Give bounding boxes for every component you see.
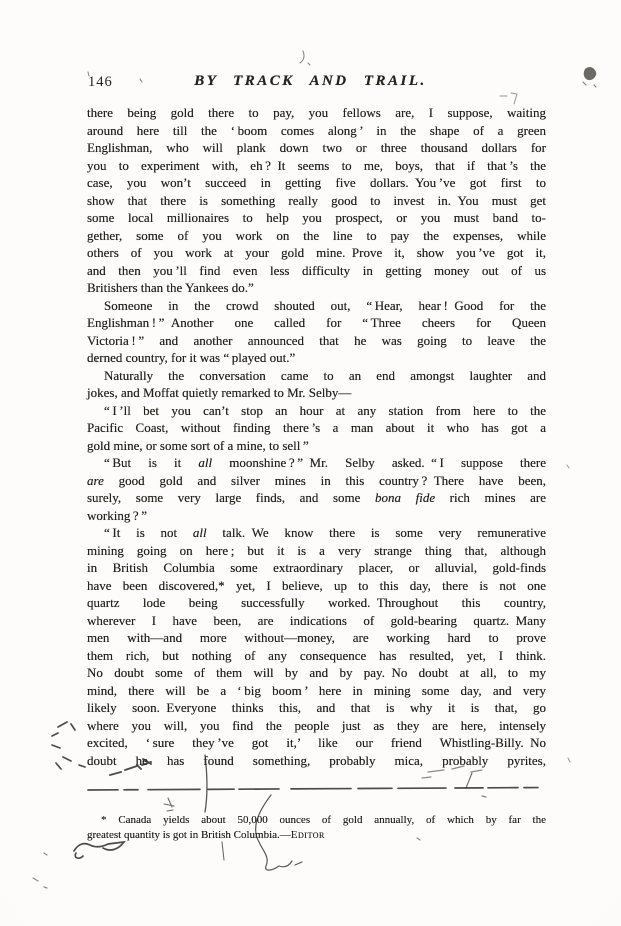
text-line: men with—and more without—money, are wor… bbox=[87, 629, 546, 647]
pencil-tick bbox=[466, 773, 472, 788]
text-line: Englishman, who will plank down two or t… bbox=[87, 139, 546, 157]
text-line: greatest quantity is got in British Colu… bbox=[87, 828, 546, 843]
text-line: jokes, and Moffat quietly remarked to Mr… bbox=[87, 384, 546, 402]
text-segment: mining going on here ; but it is a very … bbox=[87, 543, 546, 558]
text-line: * Canada yields about 50,000 ounces of g… bbox=[87, 813, 546, 828]
margin-scribbles bbox=[52, 722, 85, 769]
text-line: likely soon. Everyone thinks this, and t… bbox=[87, 699, 546, 717]
text-line: working ? ” bbox=[87, 507, 546, 525]
paragraph: “ It is not all talk. We know there is s… bbox=[87, 524, 546, 769]
paragraph: “ I ’ll bet you can’t stop an hour at an… bbox=[87, 402, 546, 455]
text-segment: doubt he has found something, probably m… bbox=[87, 753, 546, 768]
page-header: 146 BY TRACK AND TRAIL. bbox=[0, 73, 621, 95]
text-segment: moonshine ? ” Mr. Selby asked. “ I suppo… bbox=[212, 455, 546, 470]
text-segment: greatest quantity is got in British Colu… bbox=[87, 829, 291, 841]
text-line: gether, some of you work on the line to … bbox=[87, 227, 546, 245]
text-line: around here till the ‘ boom comes along … bbox=[87, 122, 546, 140]
text-segment: good gold and silver mines in this count… bbox=[104, 473, 546, 488]
text-segment: Englishman, who will plank down two or t… bbox=[87, 140, 546, 155]
italic-text: all bbox=[193, 525, 207, 540]
scuff-mark bbox=[164, 798, 174, 811]
text-segment: Britishers than the Yankees do.” bbox=[87, 280, 254, 295]
text-segment: mind, there will be a ‘ big boom ’ here … bbox=[87, 683, 546, 698]
text-segment: Someone in the crowd shouted out, “ Hear… bbox=[104, 298, 546, 313]
text-segment: talk. We know there is some very remuner… bbox=[207, 525, 546, 540]
page-body: there being gold there to pay, you fello… bbox=[87, 104, 546, 769]
text-segment: others of you work at your gold mine. Pr… bbox=[87, 245, 546, 260]
text-line: you to experiment with, eh ? It seems to… bbox=[87, 157, 546, 175]
swirl-flourish bbox=[74, 842, 124, 858]
text-line: “ It is not all talk. We know there is s… bbox=[87, 524, 546, 542]
italic-text: all bbox=[198, 455, 212, 470]
text-line: some local millionaires to help you pros… bbox=[87, 209, 546, 227]
text-segment: where you will, you find the people just… bbox=[87, 718, 546, 733]
text-line: Britishers than the Yankees do.” bbox=[87, 279, 546, 297]
text-line: are good gold and silver mines in this c… bbox=[87, 472, 546, 490]
paragraph: there being gold there to pay, you fello… bbox=[87, 104, 546, 297]
pencil-dot bbox=[482, 796, 486, 797]
paragraph: “ But is it all moonshine ? ” Mr. Selby … bbox=[87, 454, 546, 524]
text-line: have been discovered,* yet, I believe, u… bbox=[87, 577, 546, 595]
italic-text: bona fide bbox=[375, 490, 435, 505]
text-segment: some local millionaires to help you pros… bbox=[87, 210, 546, 225]
text-segment: show that there is something really good… bbox=[87, 193, 546, 208]
text-line: surely, some very large finds, and some … bbox=[87, 489, 546, 507]
text-line: show that there is something really good… bbox=[87, 192, 546, 210]
text-line: there being gold there to pay, you fello… bbox=[87, 104, 546, 122]
text-segment: wherever I have been, are indications of… bbox=[87, 613, 546, 628]
text-line: gold mine, or some sort of a mine, to se… bbox=[87, 437, 546, 455]
text-line: them rich, but nothing of any consequenc… bbox=[87, 647, 546, 665]
text-segment: “ But is it bbox=[104, 455, 198, 470]
specks-bottom-left bbox=[33, 838, 420, 888]
text-line: doubt he has found something, probably m… bbox=[87, 752, 546, 770]
paragraph: Someone in the crowd shouted out, “ Hear… bbox=[87, 297, 546, 367]
text-segment: them rich, but nothing of any consequenc… bbox=[87, 648, 546, 663]
text-segment: have been discovered,* yet, I believe, u… bbox=[87, 578, 546, 593]
text-segment: around here till the ‘ boom comes along … bbox=[87, 123, 546, 138]
italic-text: are bbox=[87, 473, 104, 488]
text-segment: Englishman ! ” Another one called for “ … bbox=[87, 315, 546, 330]
text-segment: excited, ‘ sure they ’ve got it,’ like o… bbox=[87, 735, 546, 750]
text-segment: there being gold there to pay, you fello… bbox=[87, 105, 546, 120]
text-segment: and then you ’ll find even less difficul… bbox=[87, 263, 546, 278]
text-segment: * Canada yields about 50,000 ounces of g… bbox=[101, 814, 546, 826]
text-segment: No doubt some of them will by and by pay… bbox=[87, 665, 546, 680]
book-page: 146 BY TRACK AND TRAIL. there being gold… bbox=[0, 0, 621, 926]
text-line: No doubt some of them will by and by pay… bbox=[87, 664, 546, 682]
paragraph: * Canada yields about 50,000 ounces of g… bbox=[87, 813, 546, 842]
footnote-text: * Canada yields about 50,000 ounces of g… bbox=[87, 813, 546, 842]
text-segment: gether, some of you work on the line to … bbox=[87, 228, 546, 243]
text-segment: rich mines are bbox=[435, 490, 546, 505]
text-line: Englishman ! ” Another one called for “ … bbox=[87, 314, 546, 332]
text-segment: jokes, and Moffat quietly remarked to Mr… bbox=[87, 385, 351, 400]
text-segment: Victoria ! ” and another announced that … bbox=[87, 333, 546, 348]
smallcaps-text: Editor bbox=[291, 829, 325, 841]
text-segment: in British Columbia some extraordinary p… bbox=[87, 560, 546, 575]
running-title: BY TRACK AND TRAIL. bbox=[0, 73, 621, 90]
text-line: and then you ’ll find even less difficul… bbox=[87, 262, 546, 280]
text-segment: likely soon. Everyone thinks this, and t… bbox=[87, 700, 546, 715]
text-segment: Pacific Coast, without finding there ’s … bbox=[87, 420, 546, 435]
text-segment: gold mine, or some sort of a mine, to se… bbox=[87, 438, 309, 453]
text-line: Naturally the conversation came to an en… bbox=[87, 367, 546, 385]
text-segment: quartz lode being successfully worked. T… bbox=[87, 595, 546, 610]
footnote-separator bbox=[88, 788, 545, 791]
text-segment: working ? ” bbox=[87, 508, 147, 523]
text-line: case, you won’t succeed in getting five … bbox=[87, 174, 546, 192]
pencil-stroke-short bbox=[222, 842, 224, 860]
text-line: where you will, you find the people just… bbox=[87, 717, 546, 735]
text-segment: you to experiment with, eh ? It seems to… bbox=[87, 158, 546, 173]
text-line: Pacific Coast, without finding there ’s … bbox=[87, 419, 546, 437]
text-segment: men with—and more without—money, are wor… bbox=[87, 630, 546, 645]
text-line: “ But is it all moonshine ? ” Mr. Selby … bbox=[87, 454, 546, 472]
text-segment: Naturally the conversation came to an en… bbox=[104, 368, 546, 383]
text-line: in British Columbia some extraordinary p… bbox=[87, 559, 546, 577]
text-segment: surely, some very large finds, and some bbox=[87, 490, 375, 505]
text-segment: derned country, for it was “ played out.… bbox=[87, 350, 295, 365]
text-line: Someone in the crowd shouted out, “ Hear… bbox=[87, 297, 546, 315]
text-line: others of you work at your gold mine. Pr… bbox=[87, 244, 546, 262]
text-segment: case, you won’t succeed in getting five … bbox=[87, 175, 546, 190]
text-line: mind, there will be a ‘ big boom ’ here … bbox=[87, 682, 546, 700]
text-line: wherever I have been, are indications of… bbox=[87, 612, 546, 630]
text-line: quartz lode being successfully worked. T… bbox=[87, 594, 546, 612]
text-line: “ I ’ll bet you can’t stop an hour at an… bbox=[87, 402, 546, 420]
text-segment: “ It is not bbox=[104, 525, 193, 540]
text-line: mining going on here ; but it is a very … bbox=[87, 542, 546, 560]
text-segment: “ I ’ll bet you can’t stop an hour at an… bbox=[104, 403, 546, 418]
text-line: derned country, for it was “ played out.… bbox=[87, 349, 546, 367]
paragraph: Naturally the conversation came to an en… bbox=[87, 367, 546, 402]
text-line: excited, ‘ sure they ’ve got it,’ like o… bbox=[87, 734, 546, 752]
text-line: Victoria ! ” and another announced that … bbox=[87, 332, 546, 350]
